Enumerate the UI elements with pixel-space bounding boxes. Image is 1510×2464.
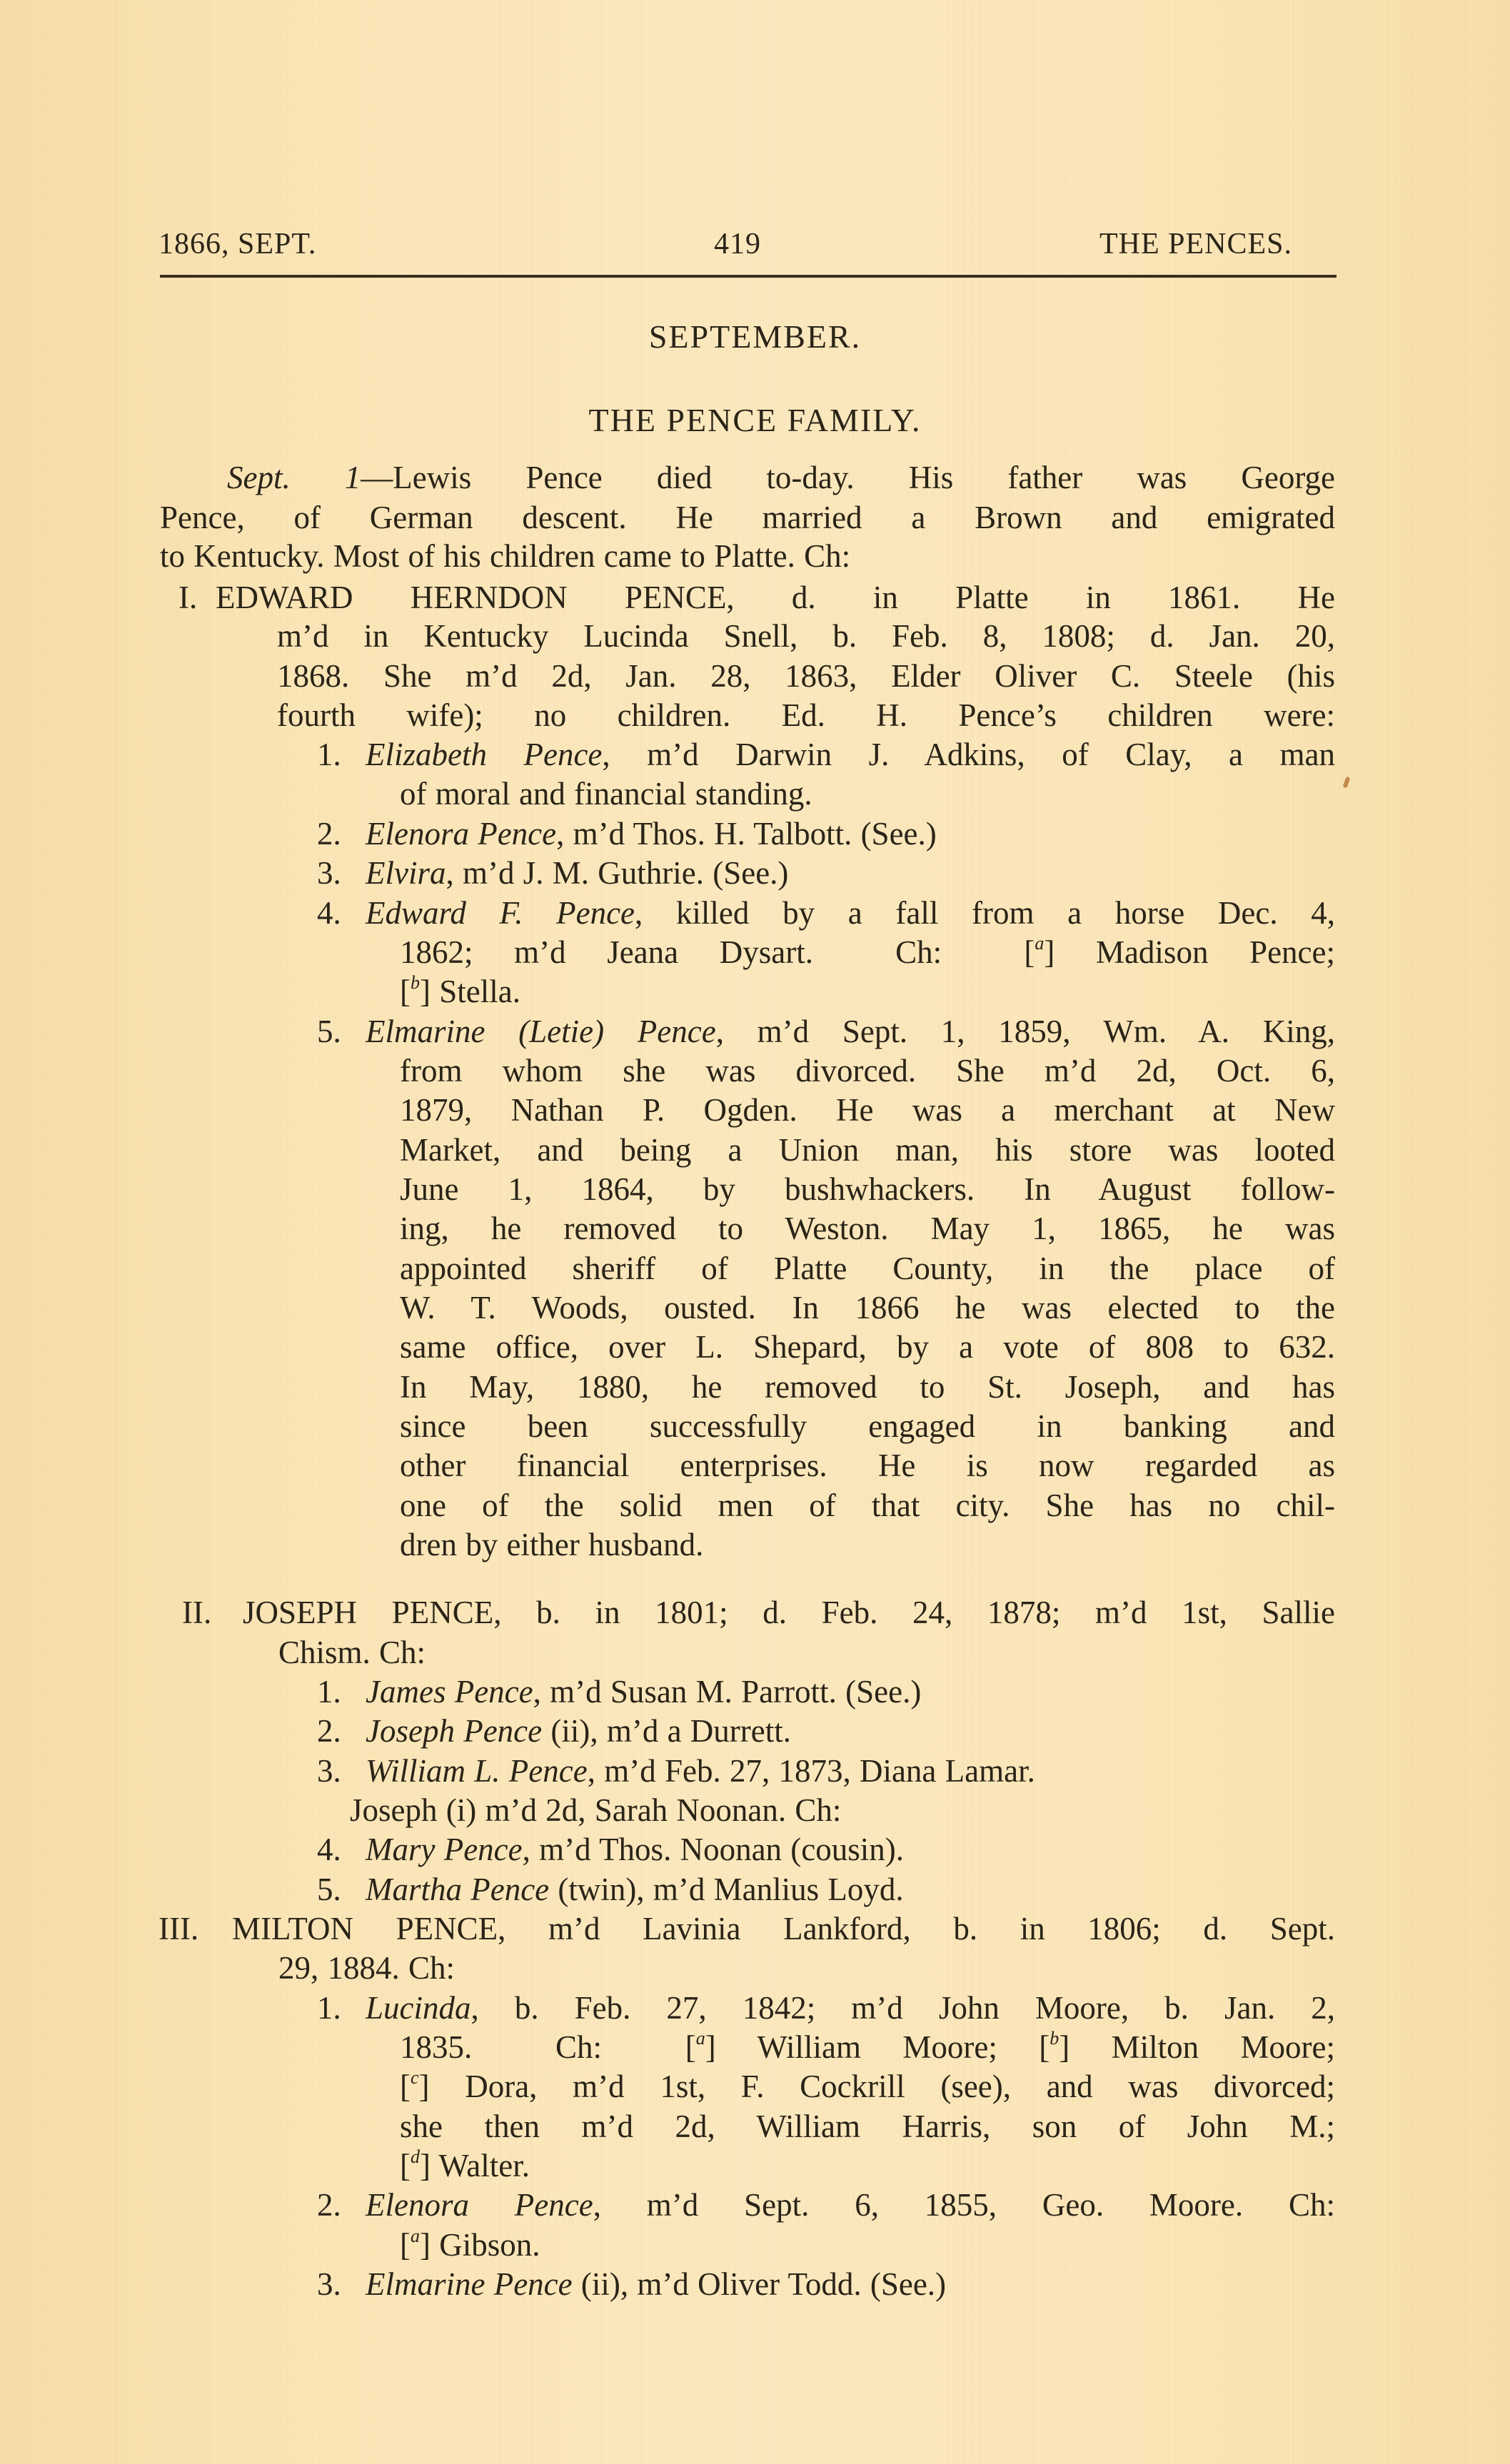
child-continuation: other financial enterprises. He is now r… bbox=[400, 1446, 1335, 1485]
child-continuation: 1862; m’d Jeana Dysart. Ch: [a] Madison … bbox=[400, 933, 1335, 971]
child-name: Edward F. Pence bbox=[366, 895, 635, 931]
child-number: 1. bbox=[317, 735, 341, 774]
child-number: 3. bbox=[317, 1752, 341, 1790]
child-entry: Lucinda, b. Feb. 27, 1842; m’d John Moor… bbox=[366, 1989, 1335, 2027]
child-name: Elenora Pence bbox=[366, 816, 556, 852]
child-name: James Pence bbox=[366, 1674, 533, 1710]
section-iii-line: MILTON PENCE, m’d Lavinia Lankford, b. i… bbox=[232, 1909, 1335, 1948]
child-detail: , m’d Susan M. Parrott. (See.) bbox=[533, 1674, 922, 1710]
child-continuation: In May, 1880, he removed to St. Joseph, … bbox=[400, 1368, 1335, 1406]
child-number: 4. bbox=[317, 894, 341, 932]
child-number: 1. bbox=[317, 1989, 341, 2027]
child-detail: , m’d Thos. Noonan (cousin). bbox=[523, 1832, 904, 1867]
child-number: 5. bbox=[317, 1012, 341, 1051]
child-name: Mary Pence bbox=[366, 1832, 523, 1867]
child-entry: Mary Pence, m’d Thos. Noonan (cousin). bbox=[366, 1830, 1335, 1869]
child-entry: Elmarine (Letie) Pence, m’d Sept. 1, 185… bbox=[366, 1012, 1335, 1051]
child-continuation: [d] Walter. bbox=[400, 2146, 1335, 2185]
ink-speck bbox=[1342, 776, 1350, 788]
child-continuation: ing, he removed to Weston. May 1, 1865, … bbox=[400, 1209, 1335, 1248]
child-detail: , m’d J. M. Guthrie. (See.) bbox=[446, 855, 788, 891]
child-name: Elvira bbox=[366, 855, 446, 891]
date-label: Sept. 1 bbox=[227, 460, 361, 495]
child-continuation: 1835. Ch: [a] William Moore; [b] Milton … bbox=[400, 2028, 1335, 2066]
child-continuation: of moral and financial standing. bbox=[400, 774, 1335, 813]
child-continuation: June 1, 1864, by bushwhackers. In August… bbox=[400, 1170, 1335, 1208]
child-entry: Joseph Pence (ii), m’d a Durrett. bbox=[366, 1712, 1335, 1750]
child-continuation: 1879, Nathan P. Ogden. He was a merchant… bbox=[400, 1091, 1335, 1129]
child-continuation: since been successfully engaged in banki… bbox=[400, 1407, 1335, 1445]
section-numeral: II. bbox=[182, 1593, 211, 1632]
section-i-line: fourth wife); no children. Ed. H. Pence’… bbox=[277, 696, 1335, 734]
child-detail: , m’d Darwin J. Adkins, of Clay, a man bbox=[602, 737, 1335, 772]
child-number: 2. bbox=[317, 1712, 341, 1750]
child-name: Joseph Pence bbox=[366, 1713, 542, 1749]
child-detail: (ii), m’d a Durrett. bbox=[542, 1713, 791, 1749]
child-entry: William L. Pence, m’d Feb. 27, 1873, Dia… bbox=[366, 1752, 1335, 1790]
section-numeral: I. bbox=[178, 578, 197, 617]
section-i-line: m’d in Kentucky Lucinda Snell, b. Feb. 8… bbox=[277, 617, 1335, 655]
child-entry: Elmarine Pence (ii), m’d Oliver Todd. (S… bbox=[366, 2265, 1335, 2303]
child-detail: , killed by a fall from a horse Dec. 4, bbox=[635, 895, 1335, 931]
month-heading: SEPTEMBER. bbox=[0, 318, 1510, 356]
section-ii-line: Chism. Ch: bbox=[278, 1633, 1335, 1672]
child-continuation: Market, and being a Union man, his store… bbox=[400, 1131, 1335, 1169]
child-entry: Edward F. Pence, killed by a fall from a… bbox=[366, 894, 1335, 932]
second-marriage-note: Joseph (i) m’d 2d, Sarah Noonan. Ch: bbox=[350, 1791, 1335, 1829]
section-i-line: 1868. She m’d 2d, Jan. 28, 1863, Elder O… bbox=[277, 657, 1335, 695]
child-continuation: she then m’d 2d, William Harris, son of … bbox=[400, 2107, 1335, 2146]
child-continuation: [a] Gibson. bbox=[400, 2226, 1335, 2264]
section-ii-line: JOSEPH PENCE, b. in 1801; d. Feb. 24, 18… bbox=[243, 1593, 1335, 1632]
child-number: 2. bbox=[317, 2186, 341, 2224]
intro-line-1: Sept. 1—Lewis Pence died to-day. His fat… bbox=[227, 458, 1335, 497]
child-continuation: W. T. Woods, ousted. In 1866 he was elec… bbox=[400, 1288, 1335, 1327]
child-name: Elmarine Pence bbox=[366, 2266, 573, 2302]
intro-line-3: to Kentucky. Most of his children came t… bbox=[160, 537, 1335, 575]
intro-line-2: Pence, of German descent. He married a B… bbox=[160, 498, 1335, 537]
child-detail: , m’d Sept. 6, 1855, Geo. Moore. Ch: bbox=[593, 2187, 1335, 2223]
header-rule bbox=[160, 275, 1337, 278]
running-head-right: THE PENCES. bbox=[1099, 227, 1292, 261]
page-number: 419 bbox=[714, 227, 761, 261]
child-detail: , m’d Thos. H. Talbott. (See.) bbox=[556, 816, 937, 852]
child-continuation: appointed sheriff of Platte County, in t… bbox=[400, 1249, 1335, 1288]
child-continuation: [b] Stella. bbox=[400, 972, 1335, 1011]
child-entry: Elenora Pence, m’d Thos. H. Talbott. (Se… bbox=[366, 814, 1335, 853]
child-continuation: one of the solid men of that city. She h… bbox=[400, 1486, 1335, 1525]
running-head-left: 1866, SEPT. bbox=[158, 227, 316, 261]
child-number: 3. bbox=[317, 2265, 341, 2303]
section-iii-line: 29, 1884. Ch: bbox=[278, 1949, 1335, 1987]
child-name: William L. Pence bbox=[366, 1753, 588, 1789]
child-detail: , m’d Feb. 27, 1873, Diana Lamar. bbox=[588, 1753, 1035, 1789]
child-number: 3. bbox=[317, 854, 341, 892]
section-i-line: EDWARD HERNDON PENCE, d. in Platte in 18… bbox=[216, 578, 1335, 617]
child-entry: James Pence, m’d Susan M. Parrott. (See.… bbox=[366, 1672, 1335, 1711]
child-continuation: from whom she was divorced. She m’d 2d, … bbox=[400, 1051, 1335, 1090]
child-number: 1. bbox=[317, 1672, 341, 1711]
intro-text: Lewis Pence died to-day. His father was … bbox=[393, 460, 1335, 495]
child-number: 5. bbox=[317, 1870, 341, 1909]
child-number: 4. bbox=[317, 1830, 341, 1869]
child-entry: Elvira, m’d J. M. Guthrie. (See.) bbox=[366, 854, 1335, 892]
child-name: Lucinda bbox=[366, 1990, 471, 2026]
child-continuation: same office, over L. Shepard, by a vote … bbox=[400, 1328, 1335, 1366]
child-name: Elenora Pence bbox=[366, 2187, 593, 2223]
child-name: Martha Pence bbox=[366, 1872, 549, 1907]
section-numeral: III. bbox=[158, 1909, 198, 1948]
em-dash: — bbox=[361, 460, 393, 495]
section-heading: THE PENCE FAMILY. bbox=[0, 401, 1510, 440]
child-entry: Martha Pence (twin), m’d Manlius Loyd. bbox=[366, 1870, 1335, 1909]
child-detail: (ii), m’d Oliver Todd. (See.) bbox=[573, 2266, 946, 2302]
child-detail: (twin), m’d Manlius Loyd. bbox=[549, 1872, 903, 1907]
child-name: Elmarine (Letie) Pence bbox=[366, 1014, 716, 1049]
child-number: 2. bbox=[317, 814, 341, 853]
child-continuation: dren by either husband. bbox=[400, 1525, 1335, 1564]
child-detail: , b. Feb. 27, 1842; m’d John Moore, b. J… bbox=[471, 1990, 1335, 2026]
child-entry: Elenora Pence, m’d Sept. 6, 1855, Geo. M… bbox=[366, 2186, 1335, 2224]
child-entry: Elizabeth Pence, m’d Darwin J. Adkins, o… bbox=[366, 735, 1335, 774]
child-continuation: [c] Dora, m’d 1st, F. Cockrill (see), an… bbox=[400, 2067, 1335, 2106]
child-name: Elizabeth Pence bbox=[366, 737, 602, 772]
child-detail: , m’d Sept. 1, 1859, Wm. A. King, bbox=[716, 1014, 1335, 1049]
